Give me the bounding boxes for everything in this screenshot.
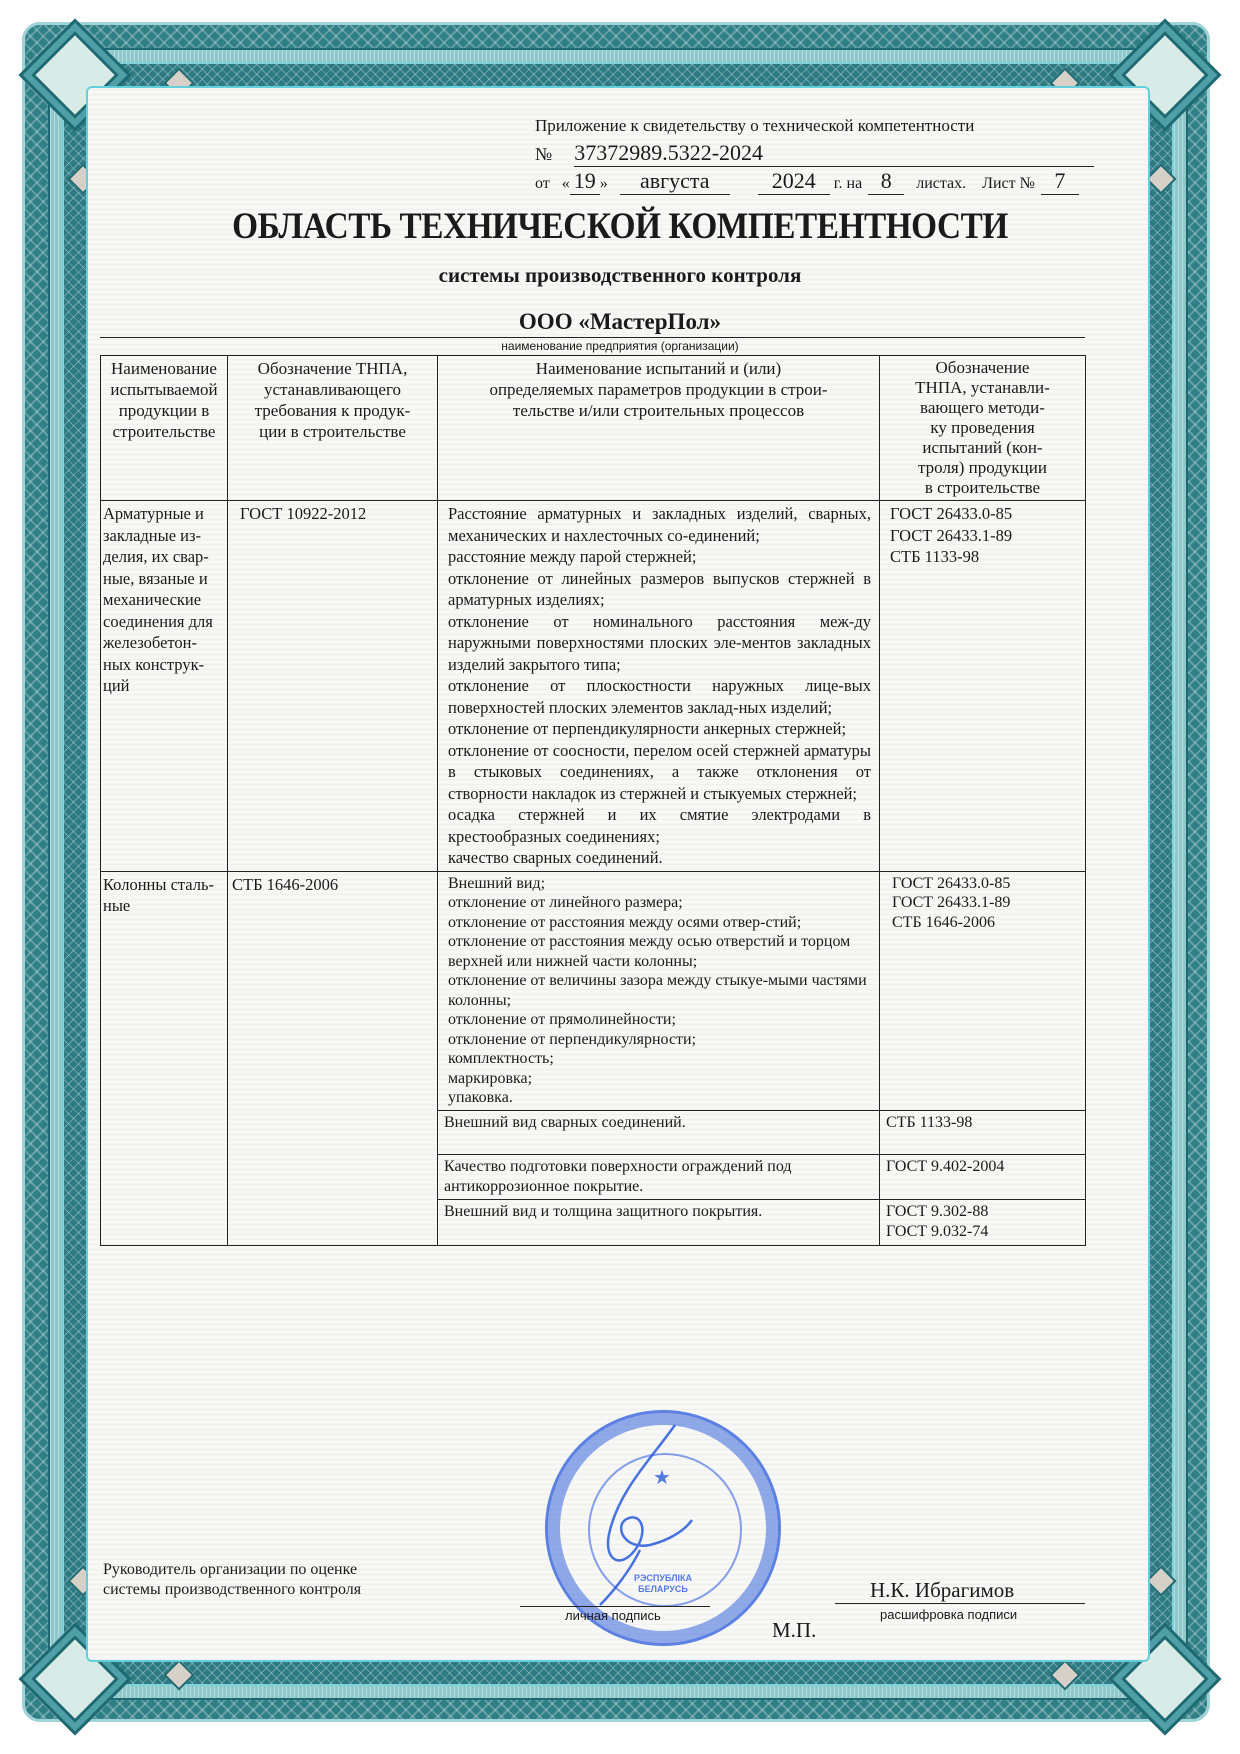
from-label: от	[535, 175, 550, 193]
text-line: испытаний (кон-	[884, 438, 1081, 458]
seal-mark: М.П.	[772, 1618, 816, 1643]
issue-date-row: от « 19 » августа 2024 г. на 8 листах. Л…	[535, 168, 1079, 195]
test-item: отклонение от прямолинейности;	[448, 1010, 875, 1030]
table-row: Арматурные изакладные из-делия, их свар-…	[101, 501, 1086, 872]
tests-cell: Внешний вид сварных соединений.	[438, 1110, 880, 1154]
year-suffix: г. на	[834, 175, 862, 193]
name-line	[835, 1603, 1085, 1604]
handwritten-signature	[580, 1420, 700, 1610]
test-item: Внешний вид сварных соединений.	[444, 1113, 875, 1133]
text-line: ГОСТ 26433.1-89	[890, 525, 1081, 547]
test-item: осадка стержней и их смятие электродами …	[448, 804, 871, 847]
issue-year: 2024	[758, 168, 830, 195]
text-line: Арматурные и	[103, 503, 223, 525]
test-item: Качество подготовки поверхности огражден…	[444, 1157, 875, 1197]
test-item: качество сварных соединений.	[448, 847, 871, 869]
text-line: тельстве и/или строительных процессов	[442, 400, 875, 421]
product-cell: Колонны сталь-ные	[101, 871, 228, 1245]
test-item: отклонение от перпендикулярности анкерны…	[448, 718, 871, 740]
method-standards-cell: СТБ 1133-98	[880, 1110, 1086, 1154]
signature-caption: личная подпись	[565, 1608, 661, 1623]
sheets-label: листах.	[916, 175, 966, 193]
header-tests: Наименование испытаний и (или)определяем…	[438, 356, 880, 501]
organization-caption: наименование предприятия (организации)	[0, 339, 1240, 353]
header-method-standard: ОбозначениеТНПА, устанавли-вающего метод…	[880, 356, 1086, 501]
test-item: отклонение от плоскостности наружных лиц…	[448, 675, 871, 718]
method-standards-cell: ГОСТ 9.402-2004	[880, 1154, 1086, 1199]
document-content: Приложение к свидетельству о технической…	[0, 0, 1240, 1754]
text-line: в строительстве	[884, 478, 1081, 498]
requirement-standard-cell: СТБ 1646-2006	[228, 871, 438, 1245]
test-item: отклонение от соосности, перелом осей ст…	[448, 740, 871, 805]
header-product: Наименованиеиспытываемойпродукции встрои…	[101, 356, 228, 501]
text-line: Колонны сталь-	[103, 874, 223, 896]
sheet-number: 7	[1041, 168, 1079, 195]
test-item: Внешний вид;	[448, 874, 875, 894]
organization-underline	[100, 337, 1085, 338]
header-requirement-standard: Обозначение ТНПА,устанавливающеготребова…	[228, 356, 438, 501]
text-line: ных конструк-	[103, 654, 223, 676]
test-item: отклонение от величины зазора между стык…	[448, 971, 875, 1010]
test-item: отклонение от расстояния между осями отв…	[448, 913, 875, 933]
table-row: Колонны сталь-ные СТБ 1646-2006 Внешний …	[101, 871, 1086, 1110]
appendix-caption: Приложение к свидетельству о технической…	[535, 116, 974, 136]
text-line: ТНПА, устанавли-	[884, 378, 1081, 398]
text-line: СТБ 1646-2006	[892, 913, 1081, 933]
text-line: испытываемой	[105, 379, 223, 400]
text-line: продукции в	[105, 400, 223, 421]
test-item: Расстояние арматурных и закладных издели…	[448, 503, 871, 546]
text-line: Руководитель организации по оценке	[103, 1560, 361, 1580]
tests-cell: Внешний вид;отклонение от линейного разм…	[438, 871, 880, 1110]
document-subtitle: системы производственного контроля	[0, 263, 1240, 288]
text-line: вающего методи-	[884, 398, 1081, 418]
table-header-row: Наименованиеиспытываемойпродукции встрои…	[101, 356, 1086, 501]
text-line: определяемых параметров продукции в стро…	[442, 379, 875, 400]
text-line: СТБ 1133-98	[886, 1113, 1081, 1133]
product-cell: Арматурные изакладные из-делия, их свар-…	[101, 501, 228, 872]
text-line: соединения для	[103, 611, 223, 633]
sheets-total: 8	[868, 168, 904, 195]
text-line: устанавливающего	[232, 379, 433, 400]
text-line: Обозначение	[884, 358, 1081, 378]
day-close-quote: »	[600, 175, 608, 193]
text-line: ку проведения	[884, 418, 1081, 438]
certificate-number-row: № 37372989.5322-2024	[535, 140, 1094, 167]
test-item: Внешний вид и толщина защитного покрытия…	[444, 1202, 875, 1222]
test-item: отклонение от линейного размера;	[448, 893, 875, 913]
test-item: комплектность;	[448, 1049, 875, 1069]
text-line: ГОСТ 26433.1-89	[892, 893, 1081, 913]
text-line: требования к продук-	[232, 400, 433, 421]
tests-cell: Внешний вид и толщина защитного покрытия…	[438, 1199, 880, 1245]
test-item: отклонение от номинального расстояния ме…	[448, 611, 871, 676]
text-line: Наименование испытаний и (или)	[442, 358, 875, 379]
method-standards-cell: ГОСТ 26433.0-85ГОСТ 26433.1-89СТБ 1646-2…	[880, 871, 1086, 1110]
organization-name: ООО «МастерПол»	[0, 309, 1240, 335]
text-line: системы производственного контроля	[103, 1580, 361, 1600]
signature-line	[520, 1606, 710, 1607]
text-line: закладные из-	[103, 525, 223, 547]
text-line: ций	[103, 675, 223, 697]
tests-cell: Расстояние арматурных и закладных издели…	[438, 501, 880, 872]
tests-cell: Качество подготовки поверхности огражден…	[438, 1154, 880, 1199]
text-line: ции в строительстве	[232, 421, 433, 442]
test-item: расстояние между парой стержней;	[448, 546, 871, 568]
text-line: ные	[103, 895, 223, 917]
text-line: троля) продукции	[884, 458, 1081, 478]
text-line: ГОСТ 26433.0-85	[892, 874, 1081, 894]
text-line: строительстве	[105, 421, 223, 442]
day-open-quote: «	[562, 175, 570, 193]
text-line: ГОСТ 26433.0-85	[890, 503, 1081, 525]
test-item: отклонение от расстояния между осью отве…	[448, 932, 875, 971]
competence-scope-table: Наименованиеиспытываемойпродукции встрои…	[100, 355, 1086, 1246]
number-sign: №	[535, 144, 552, 165]
text-line: ГОСТ 9.302-88	[886, 1202, 1081, 1222]
signer-name: Н.К. Ибрагимов	[870, 1578, 1014, 1603]
issue-month: августа	[620, 168, 730, 195]
requirement-standard-cell: ГОСТ 10922-2012	[228, 501, 438, 872]
method-standards-cell: ГОСТ 9.302-88ГОСТ 9.032-74	[880, 1199, 1086, 1245]
name-caption: расшифровка подписи	[880, 1607, 1017, 1622]
text-line: ГОСТ 9.402-2004	[886, 1157, 1081, 1177]
text-line: ные, вязаные и	[103, 568, 223, 590]
sheet-label: Лист №	[982, 175, 1035, 193]
text-line: Обозначение ТНПА,	[232, 358, 433, 379]
signer-title: Руководитель организации по оценкесистем…	[103, 1560, 361, 1600]
test-item: отклонение от линейных размеров выпусков…	[448, 568, 871, 611]
text-line: железобетон-	[103, 632, 223, 654]
certificate-number: 37372989.5322-2024	[574, 140, 1094, 167]
method-standards-cell: ГОСТ 26433.0-85ГОСТ 26433.1-89СТБ 1133-9…	[880, 501, 1086, 872]
test-item: маркировка;	[448, 1069, 875, 1089]
document-title: ОБЛАСТЬ ТЕХНИЧЕСКОЙ КОМПЕТЕНТНОСТИ	[62, 205, 1178, 248]
test-item: упаковка.	[448, 1088, 875, 1108]
text-line: механические	[103, 589, 223, 611]
text-line: делия, их свар-	[103, 546, 223, 568]
text-line: Наименование	[105, 358, 223, 379]
text-line: ГОСТ 9.032-74	[886, 1222, 1081, 1242]
text-line: СТБ 1133-98	[890, 546, 1081, 568]
test-item: отклонение от перпендикулярности;	[448, 1030, 875, 1050]
issue-day: 19	[570, 168, 600, 195]
